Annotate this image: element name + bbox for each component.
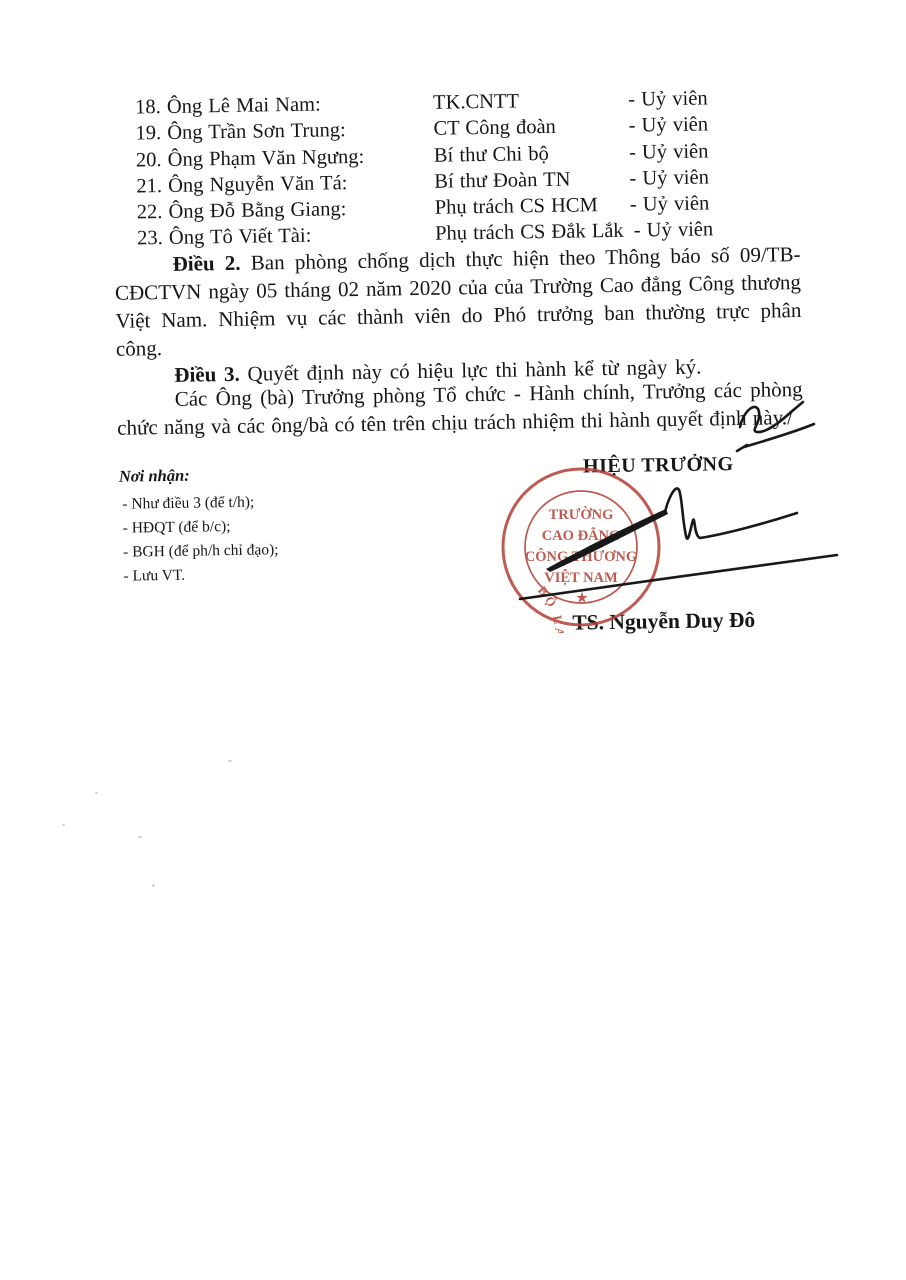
member-role: TK.CNTT (433, 89, 618, 115)
article-3-lead: Điều 3. (174, 362, 240, 387)
scan-speck (228, 760, 232, 762)
paraph-ink (740, 402, 803, 432)
member-role: Phụ trách CS HCM (435, 194, 620, 220)
member-name: 20. Ông Phạm Văn Ngưng: (136, 144, 434, 172)
member-name: 18. Ông Lê Mai Nam: (135, 92, 433, 120)
member-role: CT Công đoàn (433, 115, 618, 141)
paraph-underline-ink (737, 424, 814, 451)
member-title: - Uỷ viên (628, 87, 708, 110)
member-role: Bí thư Chi bộ (434, 141, 619, 167)
member-name: 19. Ông Trần Sơn Trung: (135, 118, 433, 146)
article-2-lead: Điều 2. (172, 251, 240, 276)
scan-speck (138, 836, 142, 838)
member-name: 23. Ông Tô Viết Tài: (137, 223, 435, 251)
member-title: - Uỷ viên (628, 114, 708, 137)
member-role: Phụ trách CS Đắk Lắk (435, 220, 624, 246)
article-2: Điều 2. Ban phòng chống dịch thực hiện t… (114, 242, 802, 365)
scan-speck (152, 884, 155, 887)
member-role: Bí thư Đoàn TN (434, 168, 619, 194)
document-scan: 18. Ông Lê Mai Nam:TK.CNTT - Uỷ viên 19.… (0, 0, 906, 1280)
scan-speck (95, 792, 98, 794)
scan-speck (62, 824, 65, 826)
member-title: - Uỷ viên (629, 166, 709, 189)
typed-content: 18. Ông Lê Mai Nam:TK.CNTT - Uỷ viên 19.… (0, 0, 906, 1280)
member-title: - Uỷ viên (630, 193, 710, 216)
signature-loop-ink (665, 488, 797, 538)
member-title: - Uỷ viên (629, 140, 709, 163)
signature-thick-stroke-ink (546, 509, 668, 572)
member-list: 18. Ông Lê Mai Nam:TK.CNTT - Uỷ viên 19.… (135, 85, 857, 254)
signature-ink (460, 385, 860, 625)
member-name: 22. Ông Đỗ Bằng Giang: (137, 197, 435, 225)
recipient-item: - Lưu VT. (123, 560, 420, 589)
member-name: 21. Ông Nguyễn Văn Tá: (136, 171, 434, 199)
recipients-list: - Như điều 3 (để t/h);- HĐQT (để b/c);- … (119, 488, 420, 589)
recipients-title: Nơi nhận: (119, 462, 419, 487)
member-title: - Uỷ viên (634, 219, 714, 242)
recipients-block: Nơi nhận: - Như điều 3 (để t/h);- HĐQT (… (119, 462, 421, 589)
